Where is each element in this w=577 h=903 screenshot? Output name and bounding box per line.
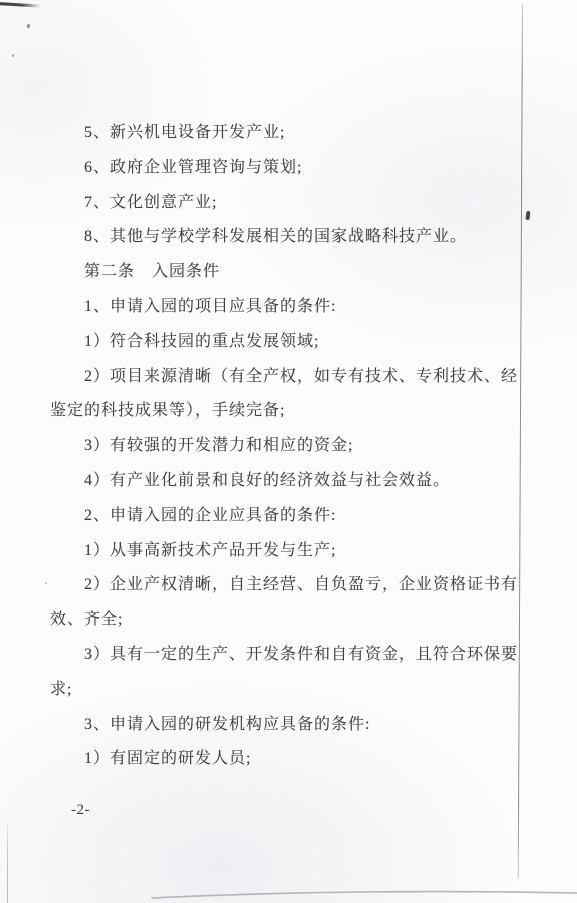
text-line: 5、新兴机电设备开发产业; [84, 122, 285, 144]
text-line: 2）企业产权清晰，自主经营、自负盈亏，企业资格证书有 [84, 574, 518, 596]
text-line: 3）具有一定的生产、开发条件和自有资金，且符合环保要 [84, 644, 518, 666]
page-number: -2- [71, 802, 90, 819]
scan-artifact-right-edge-line [518, 4, 524, 878]
text-line: 鉴定的科技成果等），手续完备; [50, 400, 285, 422]
text-line: 1）符合科技园的重点发展领域; [84, 331, 319, 353]
text-line: 1、申请入园的项目应具备的条件: [84, 296, 336, 318]
text-line: 2）项目来源清晰（有全产权，如专有技术、专利技术、经 [84, 366, 518, 388]
text-line: 4）有产业化前景和良好的经济效益与社会效益。 [84, 470, 450, 492]
scanned-document-page: 5、新兴机电设备开发产业;6、政府企业管理咨询与策划;7、文化创意产业;8、其他… [0, 0, 577, 903]
text-line: 2、申请入园的企业应具备的条件: [84, 505, 336, 527]
text-line: 3）有较强的开发潜力和相应的资金; [84, 435, 353, 457]
scan-artifact-speck [26, 24, 30, 28]
text-line: 7、文化创意产业; [84, 192, 217, 214]
scan-artifact-bottom-left-edge [7, 822, 8, 903]
text-line: 8、其他与学校学科发展相关的国家战略科技产业。 [84, 226, 467, 248]
text-line: 6、政府企业管理咨询与策划; [84, 157, 302, 179]
text-line: 3、申请入园的研发机构应具备的条件: [84, 714, 370, 736]
scan-artifact-top-edge-line [0, 2, 41, 7]
scan-artifact-bottom-edge-curve [0, 880, 577, 903]
text-line: 第二条 入园条件 [84, 261, 220, 283]
scan-artifact-speck [12, 54, 14, 57]
text-line: 1）从事高新技术产品开发与生产; [84, 540, 336, 562]
text-line: 效、齐全; [50, 609, 123, 631]
text-line: 求; [50, 679, 72, 701]
text-line: 1）有固定的研发人员; [84, 748, 251, 770]
scan-artifact-ink-dot [525, 211, 530, 220]
scan-artifact-speck [45, 582, 47, 584]
